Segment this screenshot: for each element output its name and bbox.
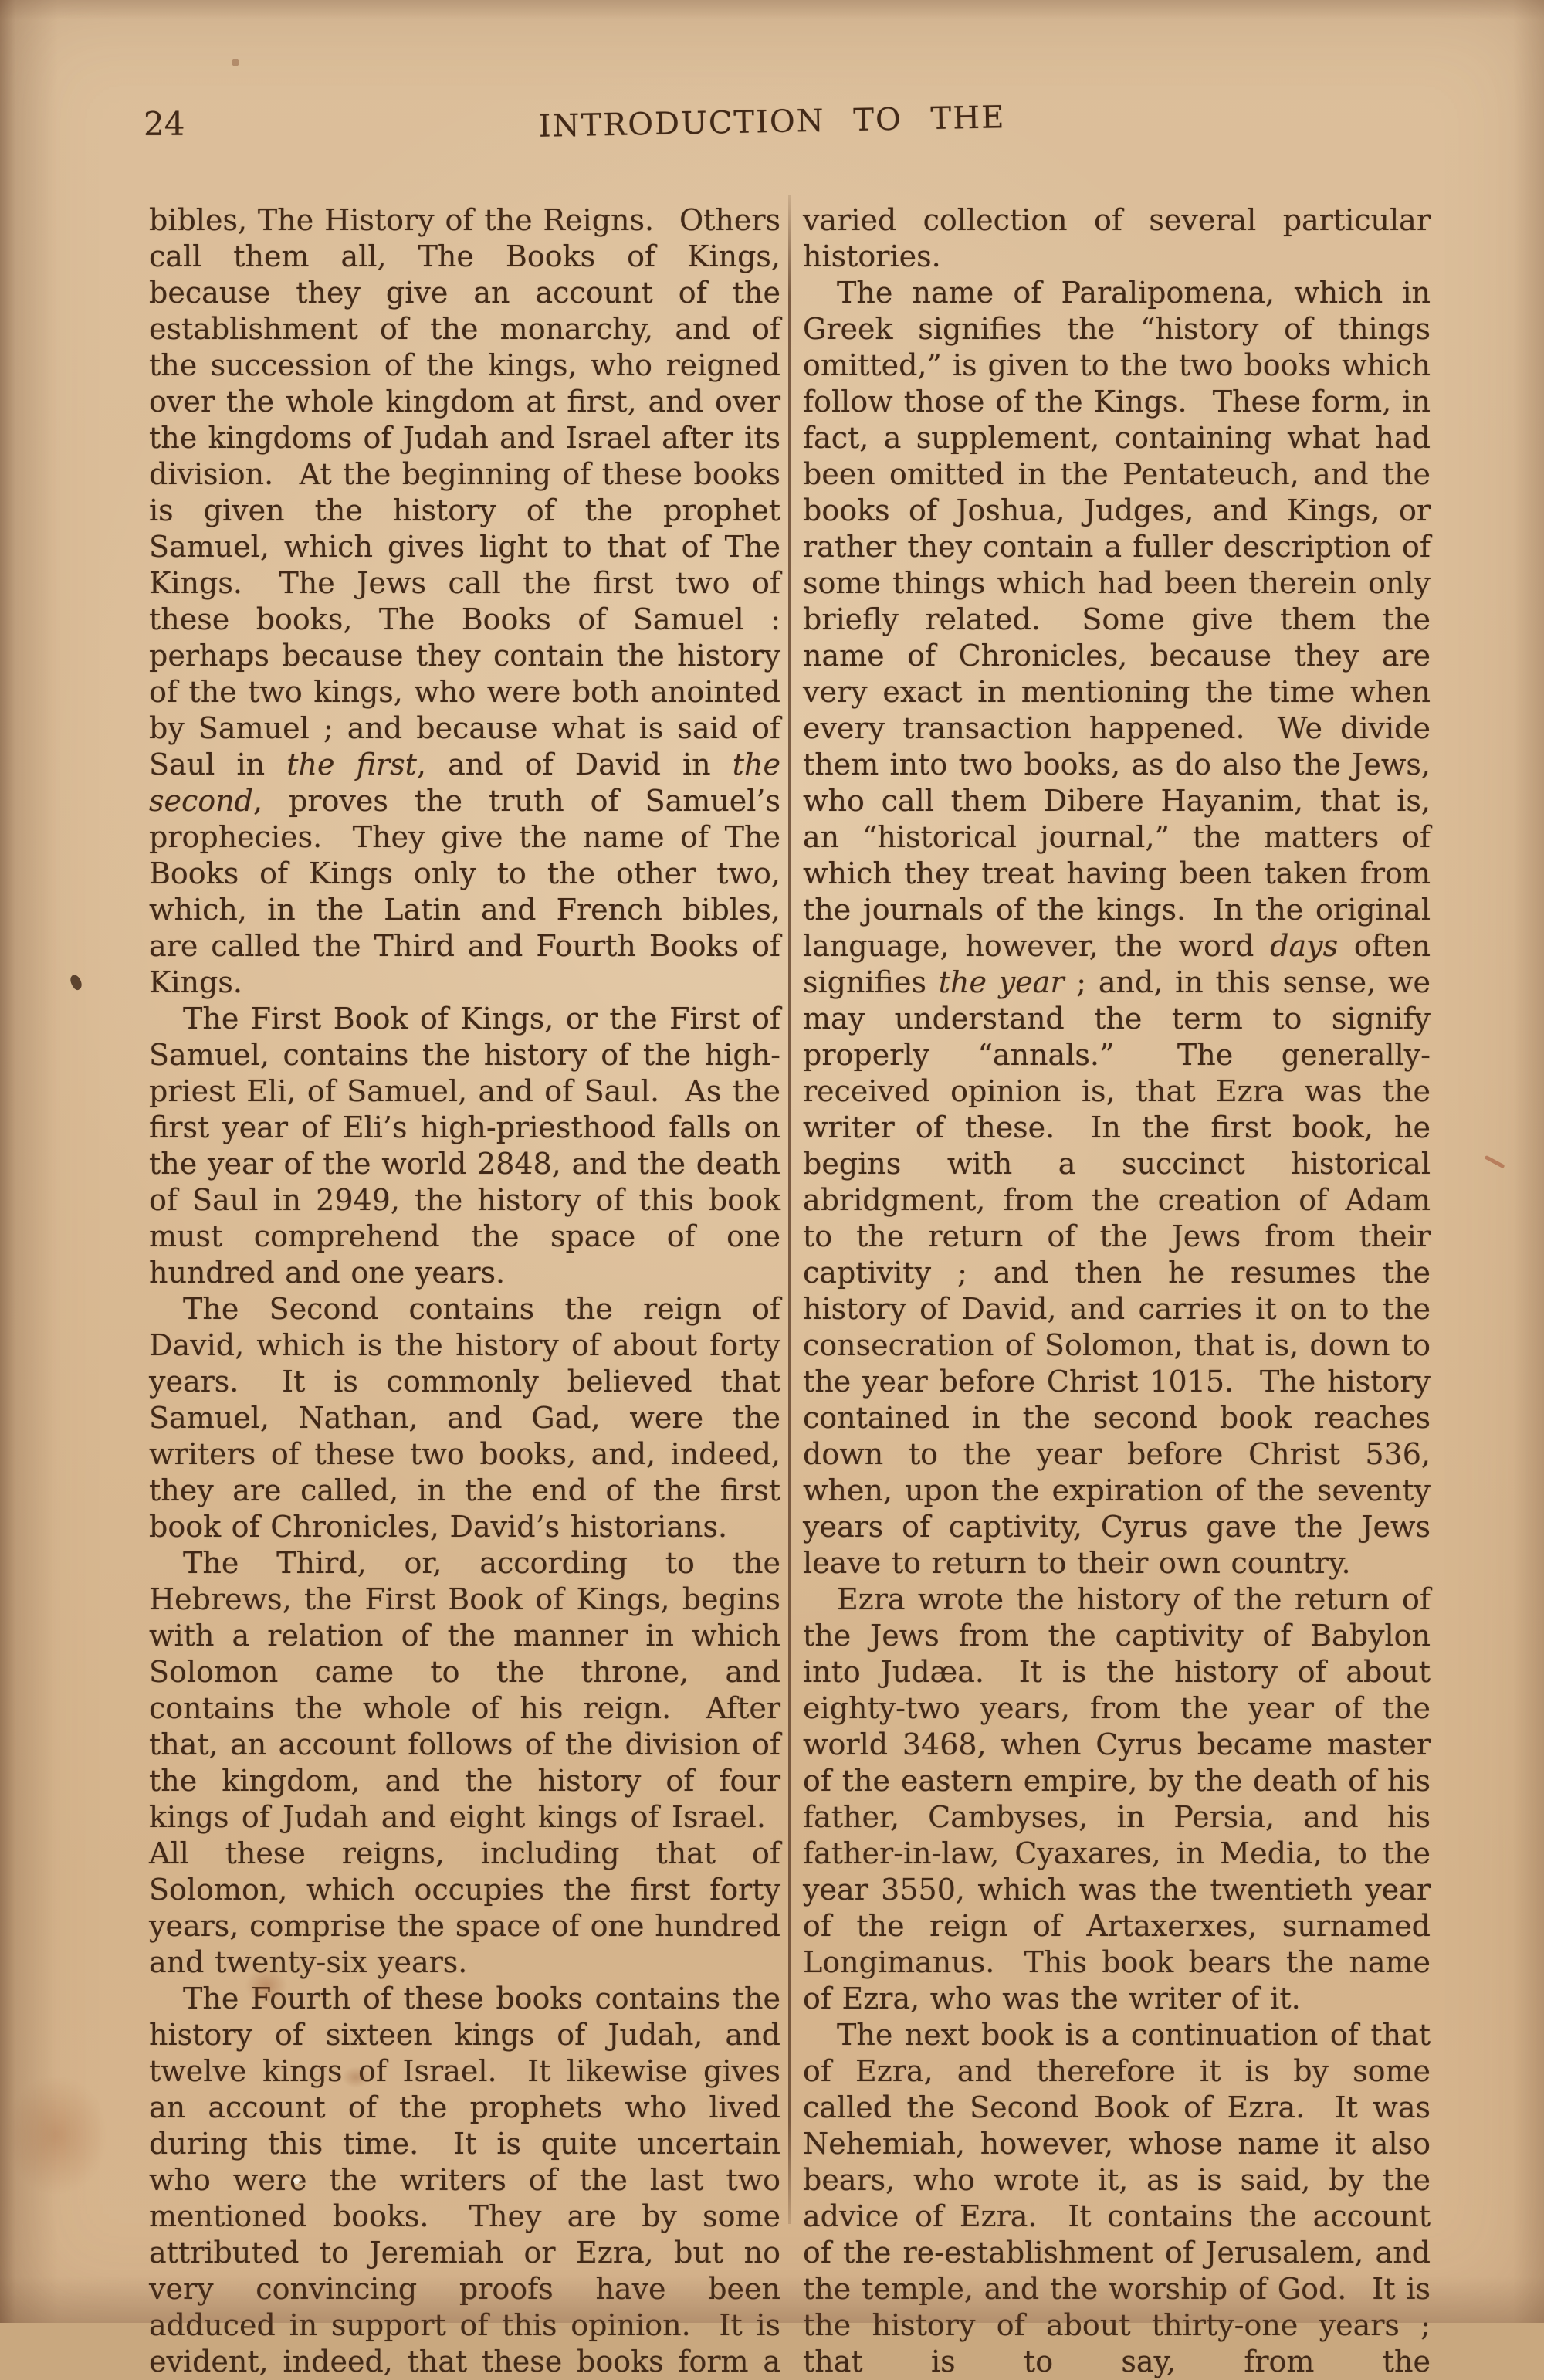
ink-mark [67, 973, 84, 992]
fiber-mark [1484, 1155, 1505, 1169]
running-head: INTRODUCTION TO THE [0, 89, 1544, 155]
paragraph: The next book is a continuation of that … [803, 2017, 1431, 2323]
text-column-right: varied collection of several particular … [803, 202, 1431, 2323]
italic-phrase: the first [286, 748, 417, 781]
paragraph: Ezra wrote the history of the return of … [803, 1582, 1431, 2017]
paragraph: The Third, or, according to the Hebrews,… [149, 1545, 780, 1981]
paragraph: varied collection of several particular … [803, 202, 1431, 275]
italic-phrase: days [1270, 929, 1338, 963]
paragraph: The First Book of Kings, or the First of… [149, 1001, 780, 1291]
text-column-left: bibles, The History of the Reigns. Other… [149, 202, 780, 2323]
italic-phrase: the second [149, 748, 780, 818]
column-divider-rule [788, 195, 791, 2224]
paragraph: The Second contains the reign of David, … [149, 1291, 780, 1545]
paragraph: The name of Paralipomena, which in Greek… [803, 275, 1431, 1582]
stain-mark [232, 59, 239, 66]
paragraph: bibles, The History of the Reigns. Other… [149, 202, 780, 1001]
stain-mark [6, 2077, 107, 2193]
paragraph: The Fourth of these books contains the h… [149, 1981, 780, 2323]
book-page: 24 INTRODUCTION TO THE bibles, The Histo… [0, 0, 1544, 2323]
italic-phrase: the year [939, 965, 1065, 999]
